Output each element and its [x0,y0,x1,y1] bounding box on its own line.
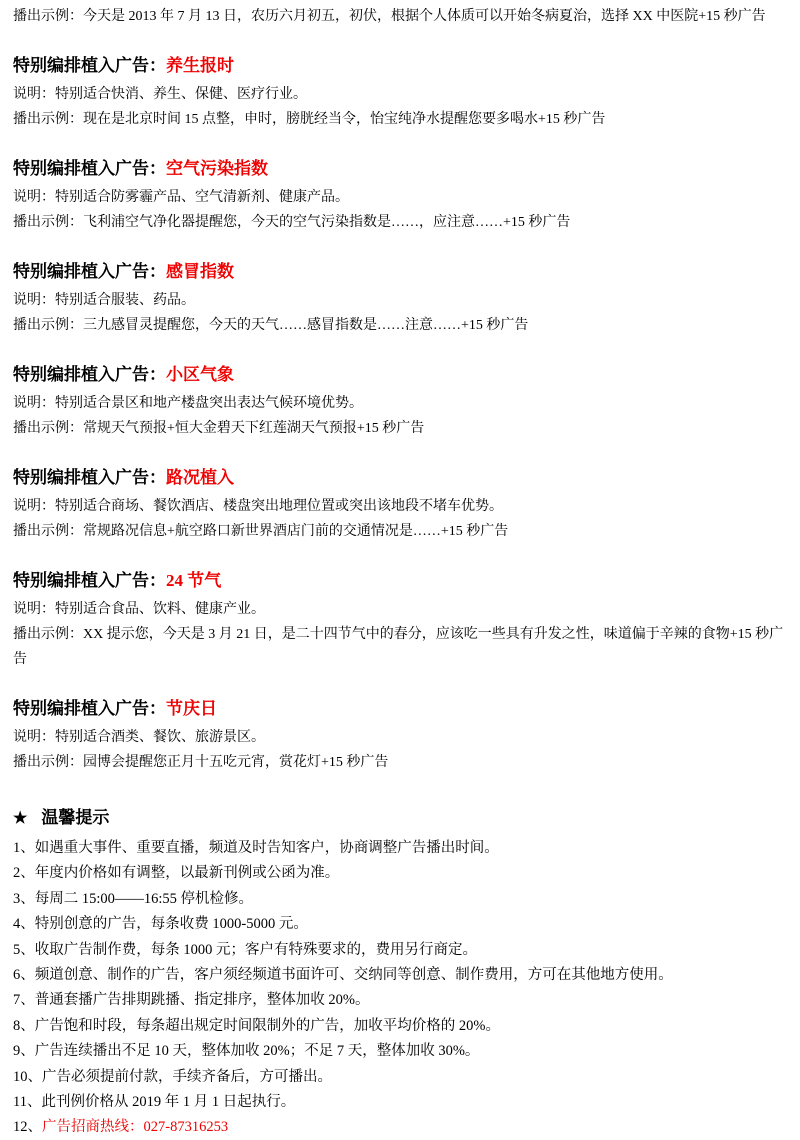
tip-item-4: 4、特别创意的广告，每条收费 1000-5000 元。 [13,912,790,937]
section-description: 说明：特别适合服装、药品。 [13,288,790,313]
section-heading-name: 路况植入 [166,468,234,487]
section-heading-name: 节庆日 [166,699,217,718]
section-heading: 特别编排植入广告：养生报时 [13,53,790,79]
section-heading-name: 空气污染指数 [166,159,268,178]
tip-item-9: 9、广告连续播出不足 10 天，整体加收 20%；不足 7 天，整体加收 30%… [13,1039,790,1064]
section-heading-name: 感冒指数 [166,262,234,281]
section-heading-prefix: 特别编排植入广告： [13,468,166,487]
tip-item-10: 10、广告必须提前付款，手续齐备后，方可播出。 [13,1065,790,1090]
tip-item-7: 7、普通套播广告排期跳播、指定排序，整体加收 20%。 [13,988,790,1013]
ad-section-traffic-insert: 特别编排植入广告：路况植入 说明：特别适合商场、餐饮酒店、楼盘突出地理位置或突出… [13,465,790,544]
section-heading-prefix: 特别编排植入广告： [13,159,166,178]
tips-heading: ★温馨提示 [13,805,790,832]
section-heading: 特别编排植入广告：节庆日 [13,696,790,722]
ad-section-health-time: 特别编排植入广告：养生报时 说明：特别适合快消、养生、保健、医疗行业。 播出示例… [13,53,790,132]
section-description: 说明：特别适合景区和地产楼盘突出表达气候环境优势。 [13,391,790,416]
section-heading: 特别编排植入广告：路况植入 [13,465,790,491]
tip-item-12-hotline: 12、广告招商热线：027-87316253 [13,1115,790,1140]
section-description: 说明：特别适合酒类、餐饮、旅游景区。 [13,725,790,750]
tip-item-11: 11、此刊例价格从 2019 年 1 月 1 日起执行。 [13,1090,790,1115]
section-example: 播出示例：飞利浦空气净化器提醒您，今天的空气污染指数是……，应注意……+15 秒… [13,210,790,235]
section-heading: 特别编排植入广告：小区气象 [13,362,790,388]
intro-example-line: 播出示例：今天是 2013 年 7 月 13 日，农历六月初五，初伏，根据个人体… [13,4,790,29]
hotline-number: 广告招商热线：027-87316253 [42,1119,228,1135]
ad-section-cold-index: 特别编排植入广告：感冒指数 说明：特别适合服装、药品。 播出示例：三九感冒灵提醒… [13,259,790,338]
tip-item-3: 3、每周二 15:00——16:55 停机检修。 [13,887,790,912]
section-heading-prefix: 特别编排植入广告： [13,56,166,75]
section-example: 播出示例：常规路况信息+航空路口新世界酒店门前的交通情况是……+15 秒广告 [13,519,790,544]
section-heading: 特别编排植入广告：感冒指数 [13,259,790,285]
section-description: 说明：特别适合食品、饮料、健康产业。 [13,597,790,622]
section-heading-prefix: 特别编排植入广告： [13,365,166,384]
section-heading: 特别编排植入广告：24 节气 [13,568,790,594]
ad-section-community-weather: 特别编排植入广告：小区气象 说明：特别适合景区和地产楼盘突出表达气候环境优势。 … [13,362,790,441]
section-example: 播出示例：三九感冒灵提醒您，今天的天气……感冒指数是……注意……+15 秒广告 [13,313,790,338]
ad-section-festival-day: 特别编排植入广告：节庆日 说明：特别适合酒类、餐饮、旅游景区。 播出示例：园博会… [13,696,790,775]
section-description: 说明：特别适合商场、餐饮酒店、楼盘突出地理位置或突出该地段不堵车优势。 [13,494,790,519]
section-description: 说明：特别适合防雾霾产品、空气清新剂、健康产品。 [13,185,790,210]
tip-item-8: 8、广告饱和时段，每条超出规定时间限制外的广告，加收平均价格的 20%。 [13,1014,790,1039]
section-heading-name: 24 节气 [166,571,221,590]
ad-section-air-pollution-index: 特别编排植入广告：空气污染指数 说明：特别适合防雾霾产品、空气清新剂、健康产品。… [13,156,790,235]
rate-card-document: 播出示例：今天是 2013 年 7 月 13 日，农历六月初五，初伏，根据个人体… [0,0,800,1140]
section-heading-prefix: 特别编排植入广告： [13,571,166,590]
tip-item-2: 2、年度内价格如有调整，以最新刊例或公函为准。 [13,861,790,886]
section-heading-name: 养生报时 [166,56,234,75]
section-heading: 特别编排植入广告：空气污染指数 [13,156,790,182]
star-icon: ★ [13,806,27,832]
tip-item-1: 1、如遇重大事件、重要直播，频道及时告知客户，协商调整广告播出时间。 [13,836,790,861]
section-description: 说明：特别适合快消、养生、保健、医疗行业。 [13,82,790,107]
section-heading-prefix: 特别编排植入广告： [13,262,166,281]
ad-section-24-solar-terms: 特别编排植入广告：24 节气 说明：特别适合食品、饮料、健康产业。 播出示例：X… [13,568,790,672]
tips-title: 温馨提示 [41,808,109,827]
tip-12-prefix: 12、 [13,1119,42,1135]
section-heading-name: 小区气象 [166,365,234,384]
tip-item-5: 5、收取广告制作费，每条 1000 元；客户有特殊要求的，费用另行商定。 [13,938,790,963]
section-example: 播出示例：XX 提示您，今天是 3 月 21 日，是二十四节气中的春分，应该吃一… [13,622,790,672]
section-heading-prefix: 特别编排植入广告： [13,699,166,718]
tips-section: ★温馨提示 1、如遇重大事件、重要直播，频道及时告知客户，协商调整广告播出时间。… [13,805,790,1140]
tip-item-6: 6、频道创意、制作的广告，客户须经频道书面许可、交纳同等创意、制作费用，方可在其… [13,963,790,988]
section-example: 播出示例：常规天气预报+恒大金碧天下红莲湖天气预报+15 秒广告 [13,416,790,441]
section-example: 播出示例：园博会提醒您正月十五吃元宵，赏花灯+15 秒广告 [13,750,790,775]
section-example: 播出示例：现在是北京时间 15 点整，申时，膀胱经当令，怡宝纯净水提醒您要多喝水… [13,107,790,132]
